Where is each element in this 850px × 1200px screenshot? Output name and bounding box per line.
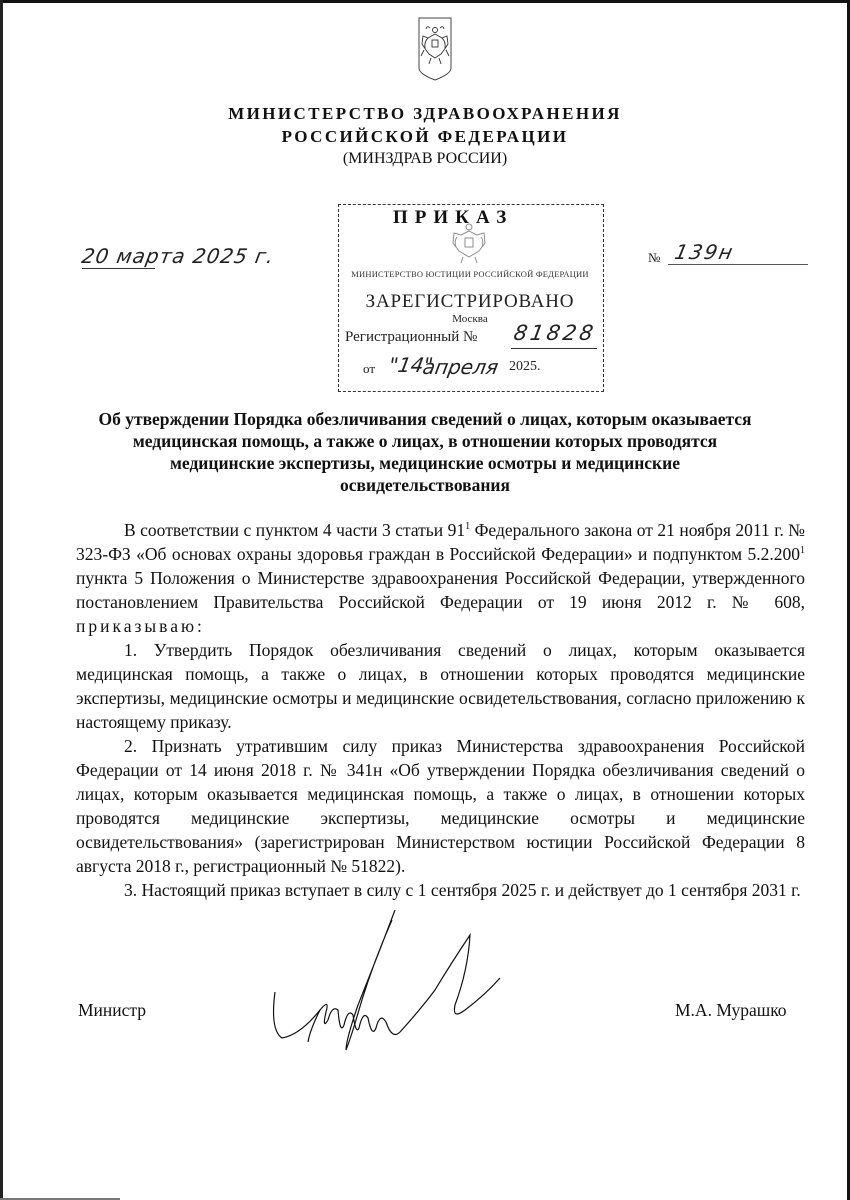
document-title: Об утверждении Порядка обезличивания све… xyxy=(90,408,760,496)
document-body: В соответствии с пунктом 4 части 3 стать… xyxy=(76,518,805,902)
order-item-2: 2. Признать утратившим силу приказ Минис… xyxy=(76,734,805,878)
ministry-name-line1: МИНИСТЕРСТВО ЗДРАВООХРАНЕНИЯ xyxy=(0,104,850,124)
stamp-eagle-icon xyxy=(449,221,489,265)
registration-stamp: ПРИКАЗ МИНИСТЕРСТВО ЮСТИЦИИ РОССИЙСКОЙ Ф… xyxy=(338,204,604,392)
coat-of-arms-icon xyxy=(418,16,452,82)
order-number-label: № xyxy=(648,250,660,266)
preamble-text-3: пункта 5 Положения о Министерстве здраво… xyxy=(76,568,805,612)
ministry-name-line2: РОССИЙСКОЙ ФЕДЕРАЦИИ xyxy=(0,127,850,147)
preamble-superscript-2: 1 xyxy=(800,545,805,556)
order-word: приказываю: xyxy=(76,616,205,636)
order-item-1: 1. Утвердить Порядок обезличивания сведе… xyxy=(76,638,805,734)
stamp-ministry: МИНИСТЕРСТВО ЮСТИЦИИ РОССИЙСКОЙ ФЕДЕРАЦИ… xyxy=(339,269,601,279)
stamp-from-label: от xyxy=(363,361,375,377)
order-date: 20 марта 2025 г. xyxy=(80,244,276,268)
stamp-from-month: апреля xyxy=(421,355,500,379)
order-item-3: 3. Настоящий приказ вступает в силу с 1 … xyxy=(76,878,805,902)
stamp-reg-label: Регистрационный № xyxy=(345,329,477,346)
order-number-underline xyxy=(668,264,808,265)
signatory-name: М.А. Мурашко xyxy=(675,1000,787,1021)
stamp-status: ЗАРЕГИСТРИРОВАНО xyxy=(339,291,601,313)
date-underline xyxy=(82,268,155,269)
scan-border-top xyxy=(0,0,850,3)
handwritten-signature-icon xyxy=(260,910,550,1070)
stamp-reg-underline xyxy=(511,348,597,349)
preamble-text-1: В соответствии с пунктом 4 части 3 стать… xyxy=(124,520,465,540)
ministry-short-name: (МИНЗДРАВ РОССИИ) xyxy=(0,150,850,168)
scan-border-left xyxy=(0,0,3,1200)
stamp-reg-number: 81828 xyxy=(512,321,598,345)
order-number: 139н xyxy=(672,240,736,264)
preamble-paragraph: В соответствии с пунктом 4 части 3 стать… xyxy=(76,518,805,638)
signatory-position: Министр xyxy=(78,1000,146,1021)
stamp-from-year: 2025. xyxy=(509,359,541,375)
